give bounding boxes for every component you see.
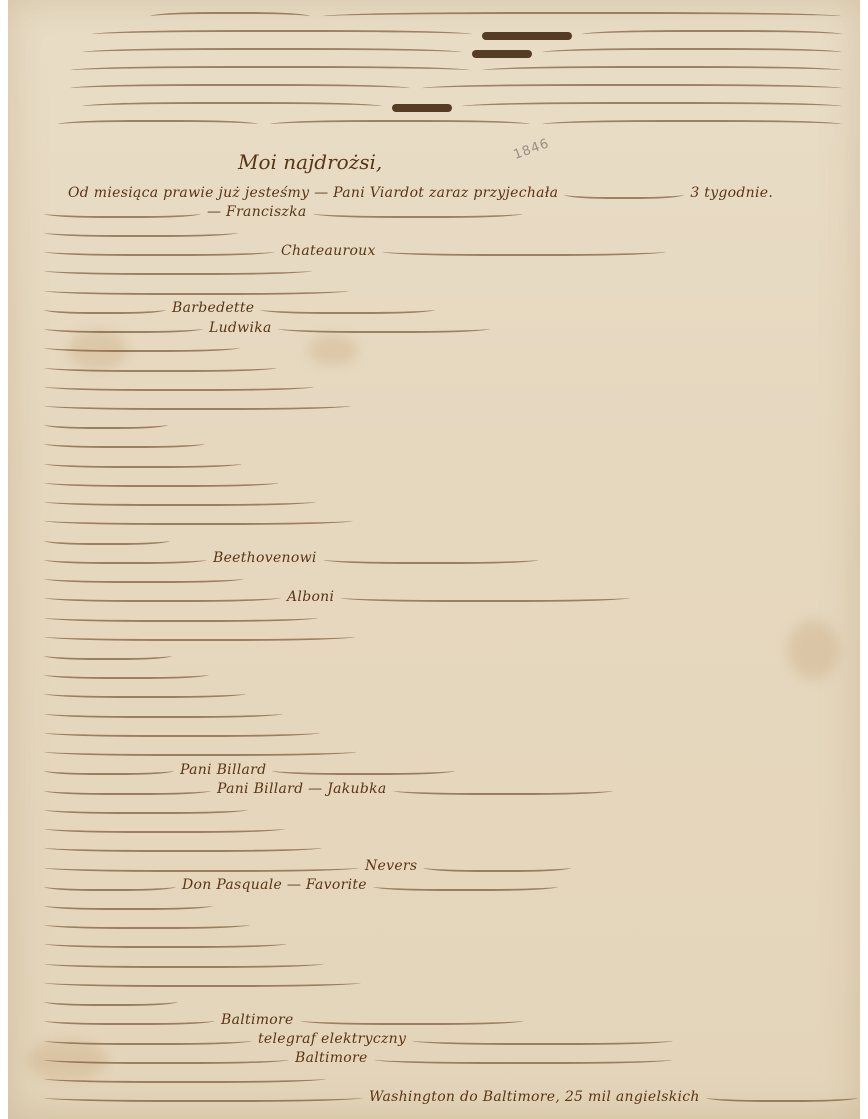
letter-line: — Franciszka	[38, 204, 529, 224]
illegible-handwriting	[706, 1091, 858, 1102]
illegible-handwriting	[340, 591, 630, 602]
letter-line: Nevers	[38, 858, 577, 878]
postscript-line	[76, 96, 848, 116]
illegible-handwriting	[44, 880, 176, 891]
paper-stain	[788, 620, 838, 680]
letter-line	[38, 608, 324, 628]
illegible-handwriting	[44, 764, 174, 775]
illegible-handwriting	[272, 764, 455, 775]
illegible-handwriting	[374, 1053, 672, 1064]
postscript-line	[64, 78, 848, 98]
letter-line	[38, 704, 289, 724]
illegible-handwriting	[423, 861, 571, 872]
legible-text: Baltimore	[221, 1012, 294, 1028]
legible-text: Ludwika	[209, 320, 272, 336]
illegible-handwriting	[44, 437, 205, 448]
letter-line	[38, 723, 326, 743]
letter-line	[38, 435, 211, 455]
illegible-handwriting	[44, 687, 246, 698]
illegible-handwriting	[44, 630, 355, 641]
illegible-handwriting	[44, 784, 211, 795]
illegible-handwriting	[44, 995, 178, 1006]
illegible-handwriting	[44, 841, 322, 852]
letter-line	[38, 262, 318, 282]
illegible-handwriting	[44, 1053, 289, 1064]
letter-line	[38, 223, 244, 243]
illegible-handwriting	[260, 303, 435, 314]
letter-line	[38, 397, 357, 417]
letter-line: Ludwika	[38, 320, 496, 340]
illegible-handwriting	[44, 264, 312, 275]
illegible-handwriting	[44, 207, 201, 218]
letter-line	[38, 935, 293, 955]
letter-line	[38, 820, 291, 840]
letter-line	[38, 493, 322, 513]
illegible-handwriting	[44, 284, 349, 295]
illegible-handwriting	[44, 361, 277, 372]
illegible-handwriting	[278, 322, 490, 333]
illegible-handwriting	[44, 226, 238, 237]
illegible-handwriting	[44, 1034, 252, 1045]
illegible-handwriting	[323, 553, 539, 564]
letter-line	[38, 627, 361, 647]
letter-line	[38, 454, 248, 474]
letter-line	[38, 339, 246, 359]
legible-text: Chateauroux	[281, 243, 376, 259]
illegible-handwriting	[44, 957, 324, 968]
postscript-line	[64, 60, 848, 80]
letter-line: Baltimore	[38, 1050, 678, 1070]
legible-text: Od miesiąca prawie już jesteśmy — Pani V…	[68, 185, 558, 201]
legible-text: Washington do Baltimore, 25 mil angielsk…	[369, 1089, 700, 1105]
legible-text: Alboni	[287, 589, 334, 605]
letter-line	[38, 377, 320, 397]
letter-line	[38, 473, 285, 493]
legible-text: Pani Billard	[180, 762, 266, 778]
letter-line	[38, 1070, 332, 1090]
illegible-handwriting	[44, 668, 209, 679]
legible-text: — Franciszka	[207, 204, 307, 220]
letter-sheet: 1846 Moi najdrożsi, Od miesiąca prawie j…	[8, 0, 860, 1119]
illegible-handwriting	[44, 937, 287, 948]
upside-down-postscript	[28, 4, 848, 134]
legible-text: Nevers	[365, 858, 417, 874]
illegible-handwriting	[44, 611, 318, 622]
letter-line: Don Pasquale — Favorite	[38, 877, 564, 897]
illegible-handwriting	[44, 591, 281, 602]
illegible-handwriting	[44, 399, 351, 410]
letter-line: Washington do Baltimore, 25 mil angielsk…	[38, 1089, 864, 1109]
letter-line: Baltimore	[38, 1012, 530, 1032]
letter-line: telegraf elektryczny	[38, 1031, 679, 1051]
letter-line: Alboni	[38, 589, 636, 609]
legible-text: Don Pasquale — Favorite	[182, 877, 367, 893]
postscript-line	[144, 6, 848, 26]
illegible-handwriting	[44, 745, 357, 756]
illegible-handwriting	[44, 649, 172, 660]
legible-text: Pani Billard — Jakubka	[217, 781, 387, 797]
letter-line	[38, 993, 184, 1013]
illegible-handwriting	[44, 457, 242, 468]
letter-line	[38, 743, 363, 763]
legible-text: 3 tygodnie.	[690, 185, 773, 201]
illegible-handwriting	[412, 1034, 673, 1045]
illegible-handwriting	[44, 418, 168, 429]
letter-line	[38, 973, 367, 993]
illegible-handwriting	[44, 303, 166, 314]
postscript-line	[76, 42, 848, 62]
letter-line	[38, 800, 254, 820]
postscript-line	[86, 24, 848, 44]
letter-line: Beethovenowi	[38, 550, 545, 570]
illegible-handwriting	[44, 822, 285, 833]
illegible-handwriting	[373, 880, 558, 891]
legible-text: Baltimore	[295, 1050, 368, 1066]
letter-line	[38, 896, 219, 916]
letter-greeting: Moi najdrożsi,	[238, 150, 382, 174]
letter-line	[38, 839, 328, 859]
illegible-handwriting	[393, 784, 613, 795]
illegible-handwriting	[44, 1014, 215, 1025]
illegible-handwriting	[44, 245, 275, 256]
letter-line	[38, 666, 215, 686]
illegible-handwriting	[44, 495, 316, 506]
illegible-handwriting	[44, 976, 361, 987]
illegible-handwriting	[44, 572, 244, 583]
illegible-handwriting	[44, 553, 207, 564]
illegible-handwriting	[44, 534, 170, 545]
letter-line	[38, 512, 359, 532]
letter-line: Barbedette	[38, 300, 441, 320]
illegible-handwriting	[44, 476, 279, 487]
illegible-handwriting	[44, 726, 320, 737]
letter-line	[38, 531, 176, 551]
letter-line	[38, 358, 283, 378]
letter-line	[38, 685, 252, 705]
letter-line	[38, 647, 178, 667]
illegible-handwriting	[44, 1072, 326, 1083]
letter-line	[38, 416, 174, 436]
legible-text: Barbedette	[172, 300, 254, 316]
letter-line	[38, 570, 250, 590]
illegible-handwriting	[564, 188, 684, 199]
letter-line: Pani Billard — Jakubka	[38, 781, 619, 801]
legible-text: telegraf elektryczny	[258, 1031, 406, 1047]
postscript-line	[52, 114, 848, 134]
pencil-annotation: 1846	[512, 136, 552, 163]
letter-line	[38, 954, 330, 974]
legible-text: Beethovenowi	[213, 550, 317, 566]
illegible-handwriting	[44, 341, 240, 352]
letter-line: Chateauroux	[38, 243, 672, 263]
letter-line	[38, 281, 355, 301]
letter-line: Od miesiąca prawie już jesteśmy — Pani V…	[68, 185, 773, 205]
illegible-handwriting	[44, 1091, 363, 1102]
letter-line: Pani Billard	[38, 762, 461, 782]
illegible-handwriting	[44, 918, 250, 929]
letter-line	[38, 916, 256, 936]
illegible-handwriting	[44, 861, 359, 872]
illegible-handwriting	[313, 207, 523, 218]
illegible-handwriting	[382, 245, 666, 256]
illegible-handwriting	[44, 380, 314, 391]
illegible-handwriting	[44, 803, 248, 814]
illegible-handwriting	[44, 899, 213, 910]
illegible-handwriting	[300, 1014, 524, 1025]
illegible-handwriting	[44, 514, 353, 525]
illegible-handwriting	[44, 707, 283, 718]
illegible-handwriting	[44, 322, 203, 333]
